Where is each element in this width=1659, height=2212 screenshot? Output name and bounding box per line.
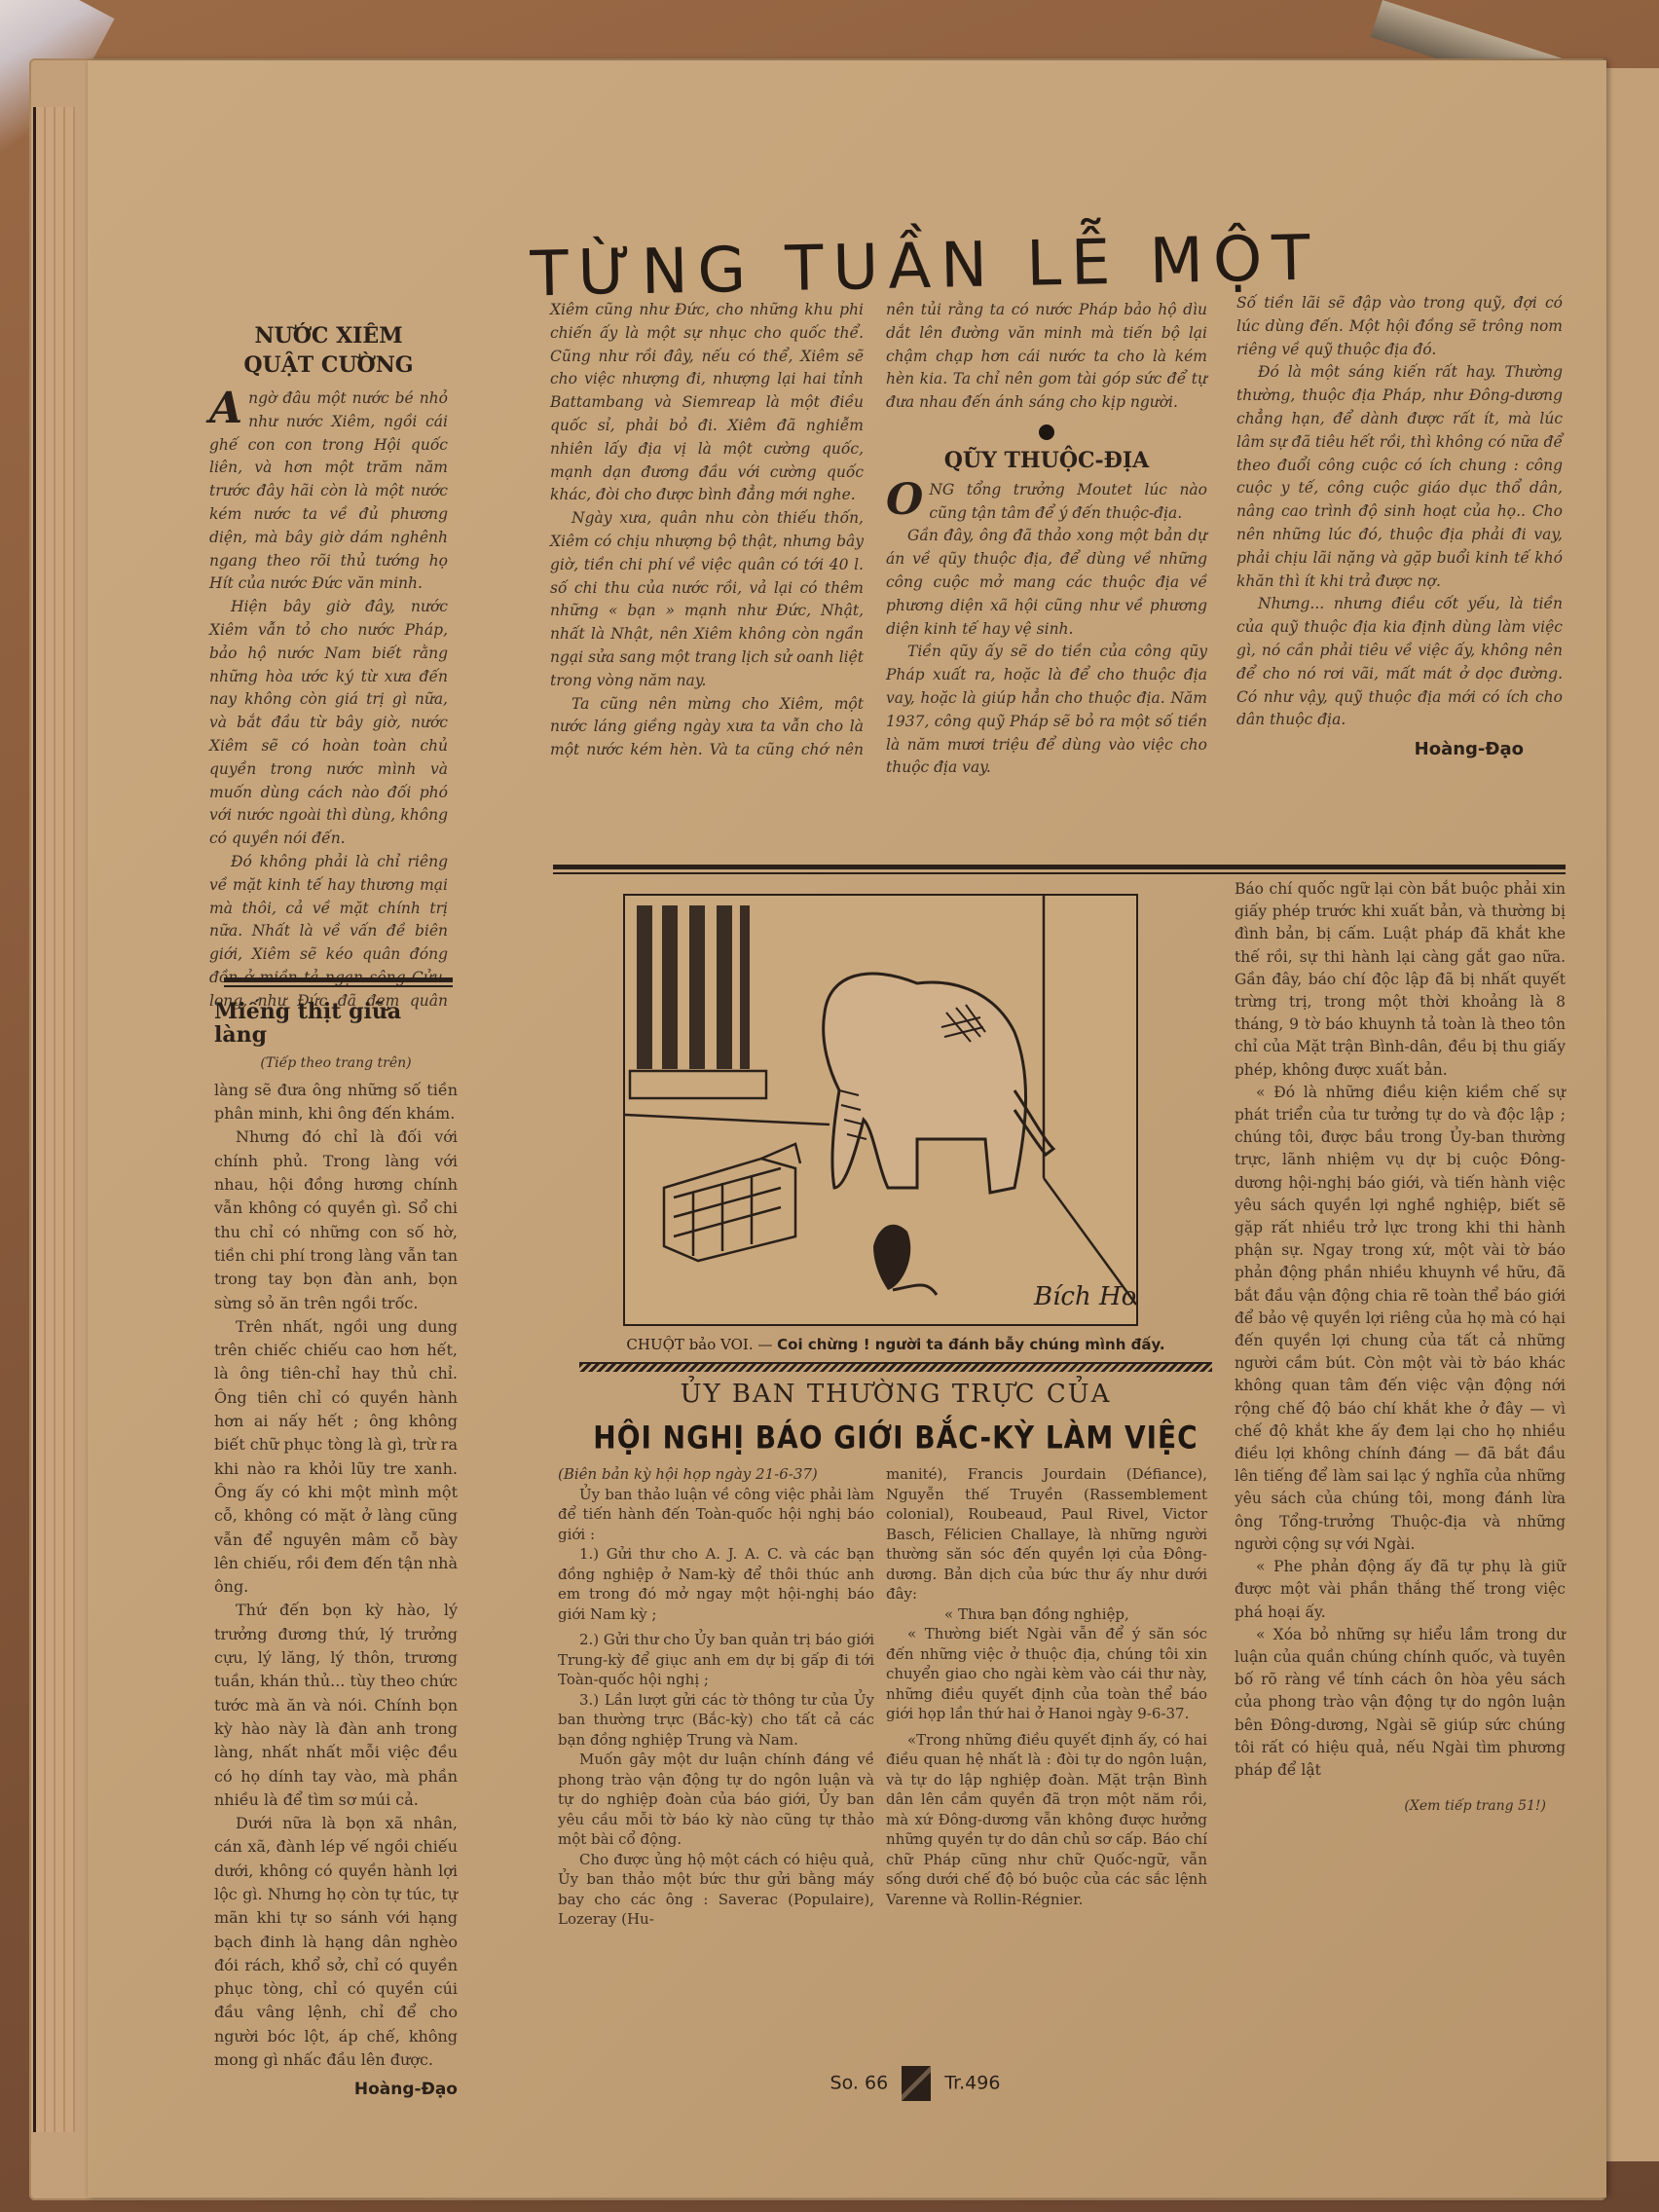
quy-byline: Hoàng-Đạo	[1236, 738, 1563, 761]
wavy-rule	[579, 1362, 1212, 1372]
uyban-paragraph: «Trong những điều quyết định ấy, có hai …	[886, 1730, 1207, 1910]
uyban-paragraph: manité), Francis Jourdain (Défiance), Ng…	[886, 1464, 1207, 1604]
xiem-headline-line1: NƯỚC XIÊM	[209, 321, 448, 350]
section-rule	[553, 865, 1566, 869]
uyban-column-2: manité), Francis Jourdain (Défiance), Ng…	[886, 1464, 1207, 1909]
quy-paragraph: Số tiền lãi sẽ đập vào trong quỹ, đợi có…	[1236, 292, 1563, 361]
section-rule	[224, 985, 453, 987]
quy-paragraph: NG tổng trưởng Moutet lúc nào cũng tận t…	[886, 479, 1207, 526]
xiem-column-2: Xiêm cũng như Đức, cho những khu phi chi…	[550, 299, 864, 763]
xiem-paragraph: ngờ đâu một nước bé nhỏ như nước Xiêm, n…	[209, 387, 448, 596]
xiem-column-1: NƯỚC XIÊM QUẬT CƯỜNG A ngờ đâu một nước …	[209, 321, 448, 1012]
page-number: Tr.496	[944, 2073, 1000, 2094]
xiem-headline-line2: QUẬT CƯỜNG	[209, 350, 448, 380]
uyban-paragraph: Ủy ban thảo luận về công việc phải làm đ…	[558, 1485, 874, 1545]
publication-logo-icon	[902, 2066, 931, 2101]
xiem-paragraph: Ta cũng nên mừng cho Xiêm, một nước láng…	[550, 693, 864, 763]
xiem-paragraph: Hiện bây giờ đây, nước Xiêm vẫn tỏ cho n…	[209, 596, 448, 851]
cartoon-illustration: Bích Ho	[623, 894, 1138, 1326]
cartoon-caption: CHUỘT bảo VOI. — Coi chừng ! người ta đá…	[584, 1336, 1207, 1353]
uyban-paragraph: « Thường biết Ngài vẫn để ý săn sóc đến …	[886, 1624, 1207, 1724]
mieng-paragraph: Nhưng đó chỉ là đối với chính phủ. Trong…	[214, 1125, 458, 1314]
elephant-cartoon-icon: Bích Ho	[625, 896, 1136, 1324]
uyban-paragraph: 3.) Lần lượt gửi các tờ thông tư của Ủy …	[558, 1690, 874, 1751]
xiem-paragraph-end: nên tủi rằng ta có nước Pháp bảo hộ dìu …	[886, 299, 1207, 415]
xiem-paragraph: Xiêm cũng như Đức, cho những khu phi chi…	[550, 299, 864, 507]
cartoon-signature: Bích Ho	[1033, 1282, 1136, 1311]
uyban-title-line2: HỘI NGHỊ BÁO GIỚI BẮC-KỲ LÀM VIỆC	[574, 1419, 1217, 1456]
section-rule	[224, 977, 453, 982]
uyban-column-3: Báo chí quốc ngữ lại còn bắt buộc phải x…	[1235, 878, 1566, 1818]
page-footer: So. 66 Tr.496	[730, 2066, 1100, 2101]
newspaper-page: TỪNG TUẦN LỄ MỘT NƯỚC XIÊM QUẬT CƯỜNG A …	[88, 60, 1606, 2197]
uyban-subtitle: (Biên bản kỳ hội họp ngày 21-6-37)	[558, 1464, 874, 1485]
quy-column-2: Số tiền lãi sẽ đập vào trong quỹ, đợi có…	[1236, 292, 1563, 761]
quy-paragraph: Gần đây, ông đã thảo xong một bản dự án …	[886, 525, 1207, 641]
uyban-paragraph: Cho được ủng hộ một cách có hiệu quả, Ủy…	[558, 1850, 874, 1930]
mieng-subtitle: (Tiếp theo trang trên)	[214, 1051, 458, 1075]
continued-note: (Xem tiếp trang 51!)	[1235, 1795, 1566, 1818]
quy-column-1: nên tủi rằng ta có nước Pháp bảo hộ dìu …	[886, 299, 1207, 780]
uyban-paragraph: « Xóa bỏ những sự hiểu lầm trong dư luận…	[1235, 1624, 1566, 1782]
uyban-paragraph: 2.) Gửi thư cho Ủy ban quản trị báo giới…	[558, 1630, 874, 1690]
uyban-paragraph: « Phe phản động ấy đã tự phụ là giữ được…	[1235, 1556, 1566, 1624]
uyban-paragraph: Muốn gây một dư luận chính đáng về phong…	[558, 1750, 874, 1850]
quy-paragraph: Nhưng... nhưng điều cốt yếu, là tiền của…	[1236, 593, 1563, 732]
uyban-title-line1: ỦY BAN THƯỜNG TRỰC CỦA	[574, 1380, 1217, 1409]
quy-paragraph: Tiền qũy ấy sẽ do tiền của công qũy Pháp…	[886, 641, 1207, 780]
mieng-paragraph: Trên nhất, ngồi ung dung trên chiếc chiế…	[214, 1315, 458, 1600]
quy-paragraph: Đó là một sáng kiến rất hay. Thường thườ…	[1236, 361, 1563, 593]
uyban-paragraph: Báo chí quốc ngữ lại còn bắt buộc phải x…	[1235, 878, 1566, 1082]
mieng-byline: Hoàng-Đạo	[214, 2078, 458, 2101]
uyban-paragraph: « Đó là những điều kiện kiềm chế sự phát…	[1235, 1082, 1566, 1556]
uyban-paragraph: 1.) Gửi thư cho A. J. A. C. và các bạn đ…	[558, 1544, 874, 1624]
xiem-dropcap: A	[209, 389, 242, 428]
mieng-paragraph: làng sẽ đưa ông những số tiền phân minh,…	[214, 1079, 458, 1126]
mieng-paragraph: Dưới nữa là bọn xã nhân, cán xã, đành lé…	[214, 1812, 458, 2072]
mieng-headline: Miếng thịt giữa làng	[214, 1000, 458, 1048]
xiem-headline: NƯỚC XIÊM QUẬT CƯỜNG	[209, 321, 448, 380]
issue-number: So. 66	[830, 2073, 889, 2094]
page-stack-edge	[33, 107, 75, 2132]
quy-dropcap: O	[886, 481, 923, 520]
section-rule	[553, 872, 1566, 874]
mieng-paragraph: Thứ đến bọn kỳ hào, lý trưởng đương thứ,…	[214, 1599, 458, 1812]
quy-headline: QŨY THUỘC-ĐỊA	[886, 450, 1207, 473]
xiem-paragraph: Đó không phải là chỉ riêng về mặt kinh t…	[209, 851, 448, 1012]
mieng-column: Miếng thịt giữa làng (Tiếp theo trang tr…	[214, 1000, 458, 2102]
uyban-column-1: (Biên bản kỳ hội họp ngày 21-6-37) Ủy ba…	[558, 1464, 874, 1930]
uyban-paragraph: « Thưa bạn đồng nghiệp,	[886, 1604, 1207, 1625]
xiem-paragraph: Ngày xưa, quân nhu còn thiếu thốn, Xiêm …	[550, 507, 864, 692]
caption-speaker: CHUỘT bảo VOI. —	[626, 1336, 772, 1353]
caption-quote: Coi chừng ! người ta đánh bẫy chúng mình…	[777, 1336, 1164, 1353]
section-bullet	[1039, 424, 1054, 440]
